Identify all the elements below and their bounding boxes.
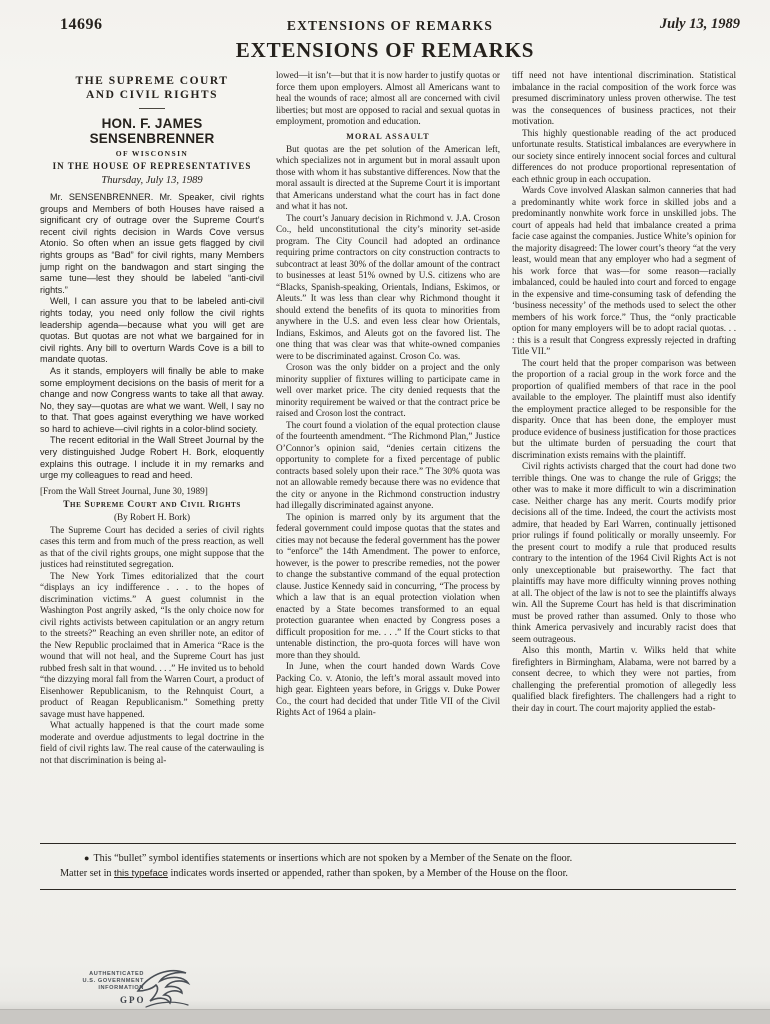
column-1: THE SUPREME COURT AND CIVIL RIGHTS HON. … (40, 70, 264, 838)
paragraph: lowed—it isn’t—but that it is now harder… (276, 70, 500, 128)
paragraph: tiff need not have intentional discrimin… (512, 70, 736, 128)
reprint-title: The Supreme Court and Civil Rights (40, 499, 264, 511)
paragraph: The recent editorial in the Wall Street … (40, 435, 264, 481)
footnote-typeface-line: Matter set in this typeface indicates wo… (46, 866, 730, 881)
chamber-line: IN THE HOUSE OF REPRESENTATIVES (40, 161, 264, 171)
issue-date: July 13, 1989 (660, 16, 740, 33)
paragraph: The opinion is marred only by its argume… (276, 512, 500, 662)
paragraph: The Supreme Court has decided a series o… (40, 525, 264, 571)
running-title: EXTENSIONS OF REMARKS (40, 18, 740, 34)
paragraph: But quotas are the pet solution of the A… (276, 144, 500, 213)
paragraph: The court held that the proper compariso… (512, 358, 736, 462)
paragraph: Wards Cove involved Alaskan salmon canne… (512, 185, 736, 358)
column-2: lowed—it isn’t—but that it is now harder… (276, 70, 500, 838)
footnote-typeface-suffix: indicates words inserted or appended, ra… (168, 868, 568, 879)
paragraph: In June, when the court handed down Ward… (276, 661, 500, 719)
paragraph: The court found a violation of the equal… (276, 420, 500, 512)
gpo-seal-text: AUTHENTICATED U.S. GOVERNMENT INFORMATIO… (58, 971, 144, 992)
paragraph: Croson was the only bidder on a project … (276, 362, 500, 420)
footnote-bullet-text: This “bullet” symbol identifies statemen… (93, 853, 572, 864)
speaker-state: OF WISCONSIN (40, 149, 264, 158)
paragraph: Mr. SENSENBRENNER. Mr. Speaker, civil ri… (40, 192, 264, 296)
gpo-line: INFORMATION (58, 985, 144, 992)
running-head: 14696 EXTENSIONS OF REMARKS July 13, 198… (40, 16, 740, 38)
footnote-block: ●This “bullet” symbol identifies stateme… (40, 843, 736, 890)
gpo-line: AUTHENTICATED (58, 971, 144, 978)
footnote-bullet-line: ●This “bullet” symbol identifies stateme… (46, 851, 730, 866)
reprint-byline: (By Robert H. Bork) (40, 511, 264, 523)
title-divider (139, 108, 165, 109)
section-heading: MORAL ASSAULT (276, 132, 500, 141)
paragraph: The court’s January decision in Richmond… (276, 213, 500, 363)
bullet-icon: ● (84, 853, 89, 863)
session-date: Thursday, July 13, 1989 (40, 175, 264, 186)
paragraph: This highly questionable reading of the … (512, 128, 736, 186)
gpo-line: U.S. GOVERNMENT (58, 978, 144, 985)
column-3: tiff need not have intentional discrimin… (512, 70, 736, 838)
article-title: THE SUPREME COURT AND CIVIL RIGHTS (67, 74, 237, 102)
paragraph: Well, I can assure you that to be labele… (40, 296, 264, 366)
paragraph: What actually happened is that the court… (40, 720, 264, 766)
paragraph: Also this month, Martin v. Wilks held th… (512, 645, 736, 714)
paragraph: The New York Times editorialized that th… (40, 571, 264, 721)
scan-edge-band (0, 1009, 770, 1024)
speaker-name: HON. F. JAMES SENSENBRENNER (40, 116, 264, 146)
paragraph: As it stands, employers will finally be … (40, 366, 264, 436)
footnote-typeface-sample: this typeface (114, 868, 168, 879)
column-layout: THE SUPREME COURT AND CIVIL RIGHTS HON. … (40, 70, 736, 838)
congressional-record-page: 14696 EXTENSIONS OF REMARKS July 13, 198… (0, 0, 770, 1024)
footnote-typeface-prefix: Matter set in (60, 868, 114, 879)
page-title: EXTENSIONS OF REMARKS (0, 38, 770, 63)
paragraph: Civil rights activists charged that the … (512, 461, 736, 645)
reprint-source-line: [From the Wall Street Journal, June 30, … (40, 486, 264, 498)
